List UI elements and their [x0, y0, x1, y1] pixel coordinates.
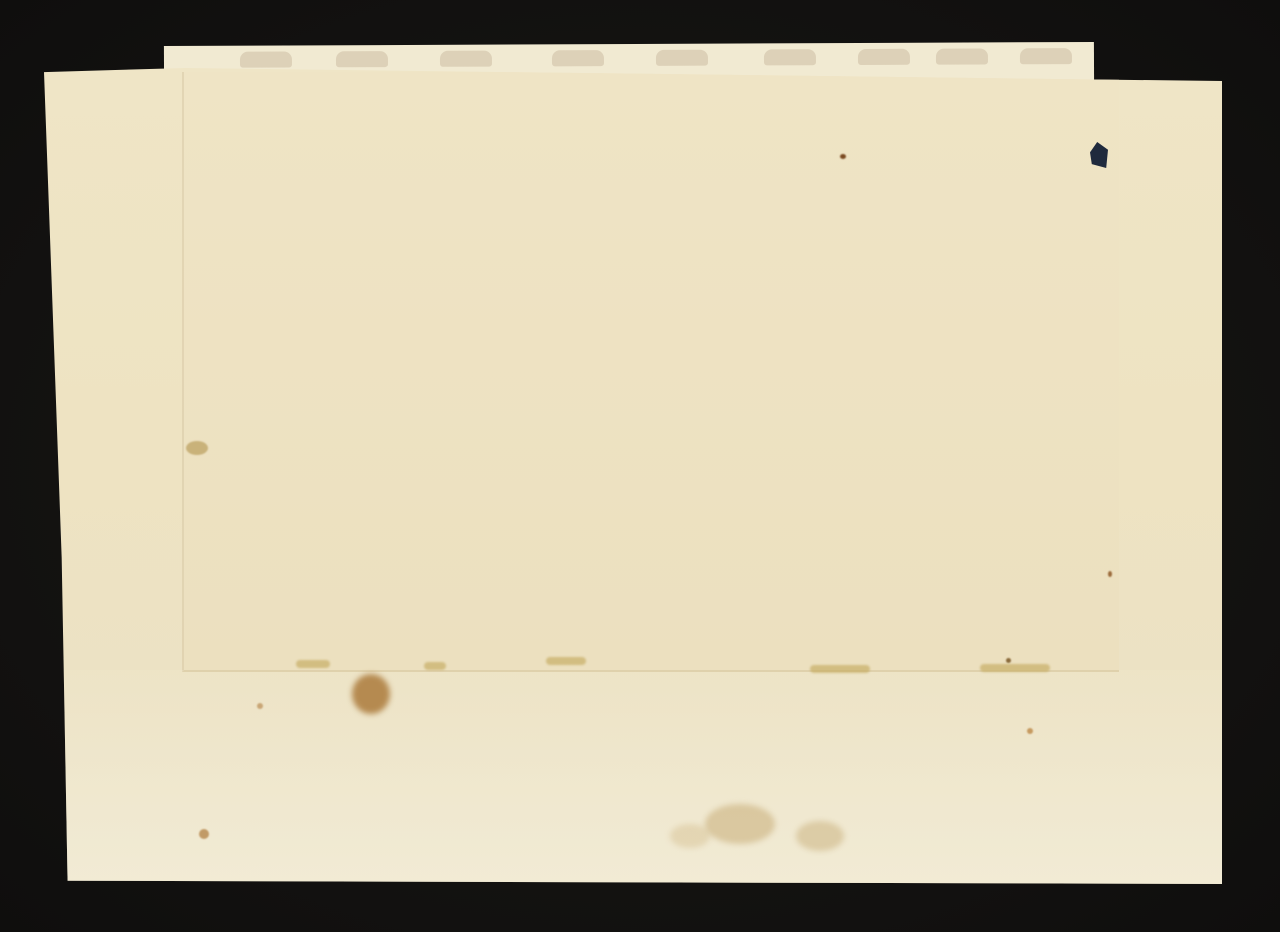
glue-residue	[296, 660, 330, 668]
hinge-mark	[552, 50, 604, 66]
small-stain-top	[840, 154, 846, 159]
hinge-mark	[764, 49, 816, 65]
tiny-spot-2	[1027, 728, 1033, 734]
glue-residue	[980, 664, 1050, 672]
glue-residue	[810, 665, 870, 673]
mounted-panel-outline	[182, 72, 1119, 672]
lower-paper-band	[44, 670, 1222, 884]
large-round-stain	[352, 674, 390, 714]
small-stain-left	[199, 829, 209, 839]
hinge-mark	[440, 51, 492, 67]
tiny-spot-4	[1006, 658, 1011, 663]
tiny-spot-3	[1108, 571, 1112, 577]
photo-background	[0, 0, 1280, 932]
tiny-spot-1	[257, 703, 263, 709]
bottom-foxing-cluster-3	[670, 824, 710, 848]
hinge-mark	[240, 51, 292, 67]
hinge-mark	[1020, 48, 1072, 64]
glue-residue	[424, 662, 446, 670]
bottom-foxing-cluster-1	[705, 804, 775, 844]
hinge-mark	[336, 51, 388, 67]
hinge-mark	[936, 48, 988, 64]
bottom-foxing-cluster-2	[796, 821, 844, 851]
paper-sheet	[44, 68, 1222, 884]
hinge-mark	[656, 50, 708, 66]
glue-residue	[546, 657, 586, 665]
left-edge-stain	[186, 441, 208, 455]
hinge-mark	[858, 49, 910, 65]
